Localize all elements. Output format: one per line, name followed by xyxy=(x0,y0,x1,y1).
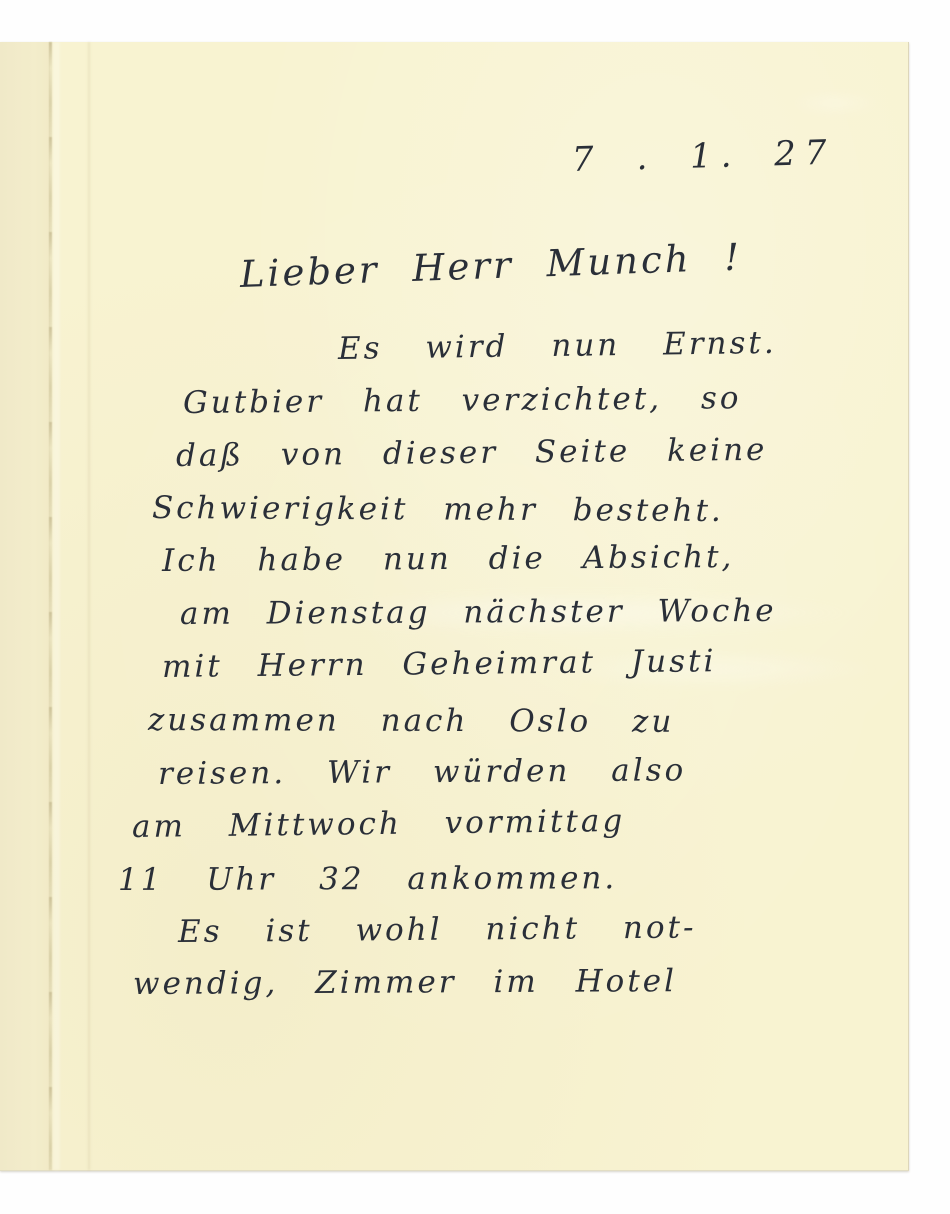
fold-crease xyxy=(49,42,52,1170)
letter-body-line: Ich habe nun die Absicht, xyxy=(162,539,735,579)
fold-crease-highlight xyxy=(53,42,60,1170)
letter-body-line: Schwierigkeit mehr besteht. xyxy=(152,490,724,529)
letter-body-line: 11 Uhr 32 ankommen. xyxy=(118,860,617,898)
letter-body-line: reisen. Wir würden also xyxy=(158,752,686,792)
scan-glare xyxy=(790,90,880,116)
letter-scan: 7 . 1. 27 Lieber Herr Munch ! Es wird nu… xyxy=(0,0,950,1214)
letter-body-line: daß von dieser Seite keine xyxy=(176,432,768,474)
letter-body-line: Es ist wohl nicht not- xyxy=(178,909,697,950)
letter-body-line: am Dienstag nächster Woche xyxy=(180,593,777,632)
letter-body-line: Es wird nun Ernst. xyxy=(338,325,777,367)
letter-body-line: wendig, Zimmer im Hotel xyxy=(133,963,677,1002)
letter-body-line: Gutbier hat verzichtet, so xyxy=(183,380,742,421)
letter-body-line: am Mittwoch vormittag xyxy=(132,803,626,845)
letter-date: 7 . 1. 27 xyxy=(571,133,836,180)
letter-body-line: mit Herrn Geheimrat Justi xyxy=(162,643,717,685)
fold-flap xyxy=(0,42,50,1170)
fold-secondary-crease xyxy=(88,42,90,1170)
letter-body-line: zusammen nach Oslo zu xyxy=(148,702,674,740)
